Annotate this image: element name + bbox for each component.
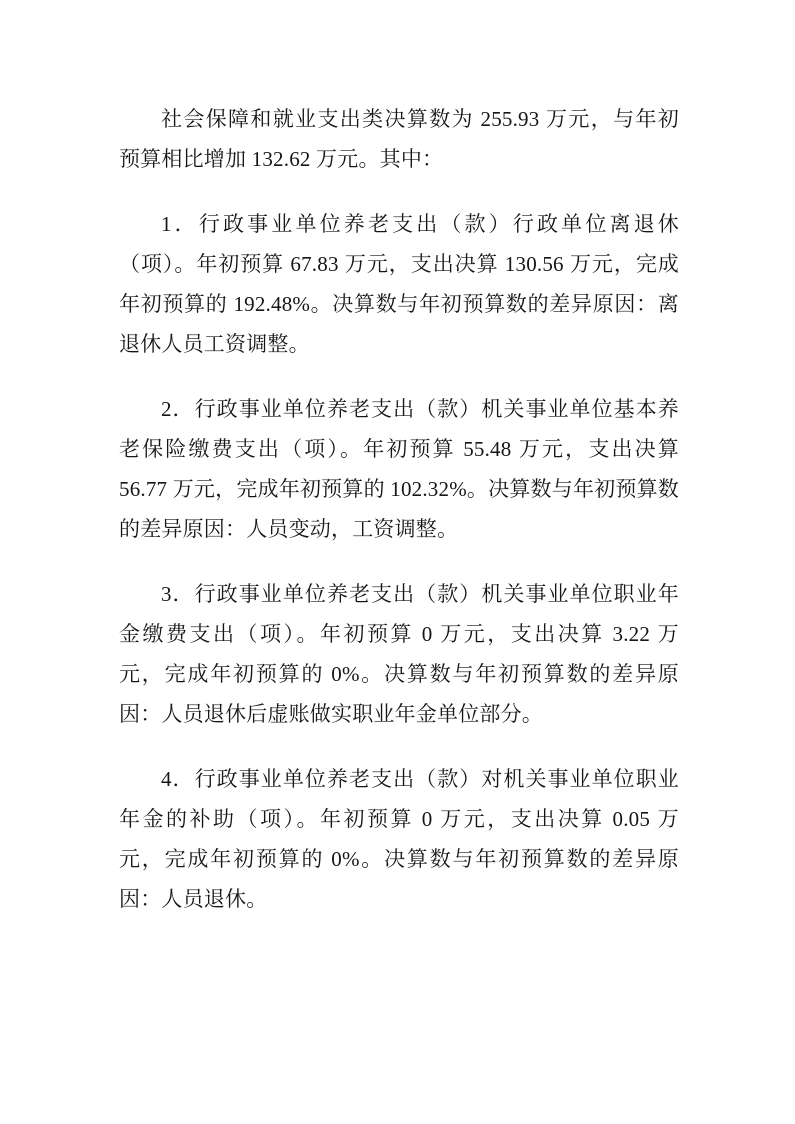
- text-line: （项）。年初预算 67.83 万元，支出决算 130.56 万元，完成: [119, 244, 679, 284]
- text-line: 金缴费支出（项）。年初预算 0 万元，支出决算 3.22 万: [119, 614, 679, 654]
- text-line: 元，完成年初预算的 0%。决算数与年初预算数的差异原: [119, 654, 679, 694]
- text-line: 56.77 万元，完成年初预算的 102.32%。决算数与年初预算数: [119, 469, 679, 509]
- document-body: 社会保障和就业支出类决算数为 255.93 万元，与年初 预算相比增加 132.…: [119, 99, 679, 919]
- text-line: 2．行政事业单位养老支出（款）机关事业单位基本养: [119, 389, 679, 429]
- text-line: 的差异原因：人员变动，工资调整。: [119, 509, 679, 549]
- text-line: 老保险缴费支出（项）。年初预算 55.48 万元，支出决算: [119, 429, 679, 469]
- text-line: 预算相比增加 132.62 万元。其中：: [119, 139, 679, 179]
- text-line: 年初预算的 192.48%。决算数与年初预算数的差异原因：离: [119, 284, 679, 324]
- text-line: 1．行政事业单位养老支出（款）行政单位离退休: [119, 204, 679, 244]
- text-line: 退休人员工资调整。: [119, 324, 679, 364]
- document-page: 社会保障和就业支出类决算数为 255.93 万元，与年初 预算相比增加 132.…: [0, 0, 795, 1124]
- text-line: 社会保障和就业支出类决算数为 255.93 万元，与年初: [119, 99, 679, 139]
- paragraph-item-4: 4．行政事业单位养老支出（款）对机关事业单位职业 年金的补助（项）。年初预算 0…: [119, 759, 679, 919]
- paragraph-item-2: 2．行政事业单位养老支出（款）机关事业单位基本养 老保险缴费支出（项）。年初预算…: [119, 389, 679, 549]
- text-line: 4．行政事业单位养老支出（款）对机关事业单位职业: [119, 759, 679, 799]
- text-line: 3．行政事业单位养老支出（款）机关事业单位职业年: [119, 574, 679, 614]
- paragraph-item-1: 1．行政事业单位养老支出（款）行政单位离退休 （项）。年初预算 67.83 万元…: [119, 204, 679, 364]
- text-line: 因：人员退休。: [119, 879, 679, 919]
- paragraph-summary: 社会保障和就业支出类决算数为 255.93 万元，与年初 预算相比增加 132.…: [119, 99, 679, 179]
- paragraph-item-3: 3．行政事业单位养老支出（款）机关事业单位职业年 金缴费支出（项）。年初预算 0…: [119, 574, 679, 734]
- text-line: 元，完成年初预算的 0%。决算数与年初预算数的差异原: [119, 839, 679, 879]
- text-line: 年金的补助（项）。年初预算 0 万元，支出决算 0.05 万: [119, 799, 679, 839]
- text-line: 因：人员退休后虚账做实职业年金单位部分。: [119, 694, 679, 734]
